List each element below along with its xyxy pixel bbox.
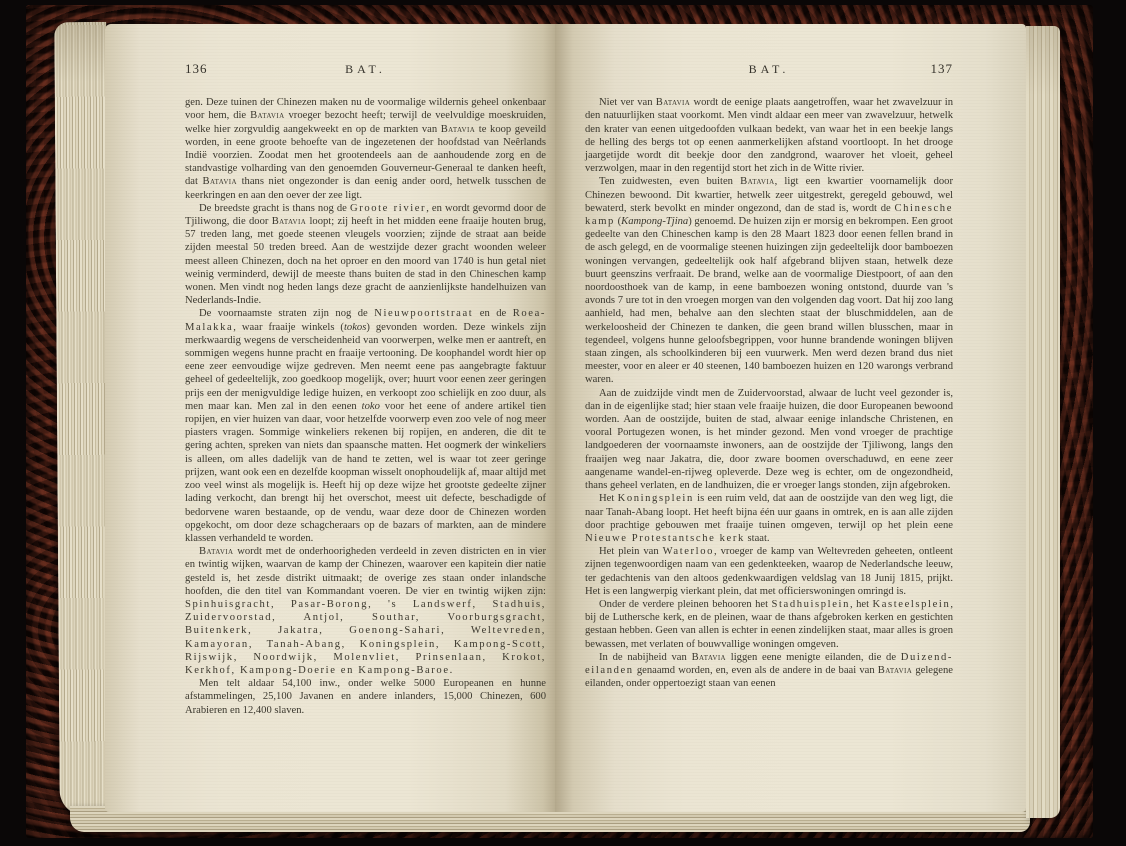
book-scan: 136 BAT. gen. Deze tuinen der Chinezen m… [0,0,1126,846]
right-running-head: BAT. 137 [585,62,953,76]
paragraph: Onder de verdere pleinen behooren het St… [585,598,953,651]
right-page-number: 137 [893,62,953,75]
right-running-title: BAT. [645,63,893,76]
paragraph: gen. Deze tuinen der Chinezen maken nu d… [185,96,546,202]
right-page-text-block: BAT. 137 Niet ver van Batavia wordt de e… [585,62,953,690]
left-page-paragraphs: gen. Deze tuinen der Chinezen maken nu d… [185,96,546,717]
page-edges-left [54,22,112,816]
left-page-number: 136 [185,62,245,75]
page-edges-right [1026,26,1060,818]
paragraph: Aan de zuidzijde vindt men de Zuidervoor… [585,387,953,493]
paragraph: In de nabijheid van Batavia liggen eene … [585,651,953,691]
left-running-head: 136 BAT. [185,62,546,76]
paragraph: Ten zuidwesten, even buiten Batavia, lig… [585,175,953,386]
right-page-paragraphs: Niet ver van Batavia wordt de eenige pla… [585,96,953,690]
left-page: 136 BAT. gen. Deze tuinen der Chinezen m… [105,24,555,812]
paragraph: Het plein van Waterloo, vroeger de kamp … [585,545,953,598]
paragraph: Het Koningsplein is een ruim veld, dat a… [585,492,953,545]
paragraph: Niet ver van Batavia wordt de eenige pla… [585,96,953,175]
paragraph: De voornaamste straten zijn nog de Nieuw… [185,307,546,545]
left-running-title: BAT. [245,63,486,76]
paragraph: De breedste gracht is thans nog de Groot… [185,202,546,308]
paragraph: Batavia wordt met de onderhoorigheden ve… [185,545,546,677]
left-page-text-block: 136 BAT. gen. Deze tuinen der Chinezen m… [185,62,546,717]
right-page: BAT. 137 Niet ver van Batavia wordt de e… [555,24,1026,812]
paragraph: Men telt aldaar 54,100 inw., onder welke… [185,677,546,717]
